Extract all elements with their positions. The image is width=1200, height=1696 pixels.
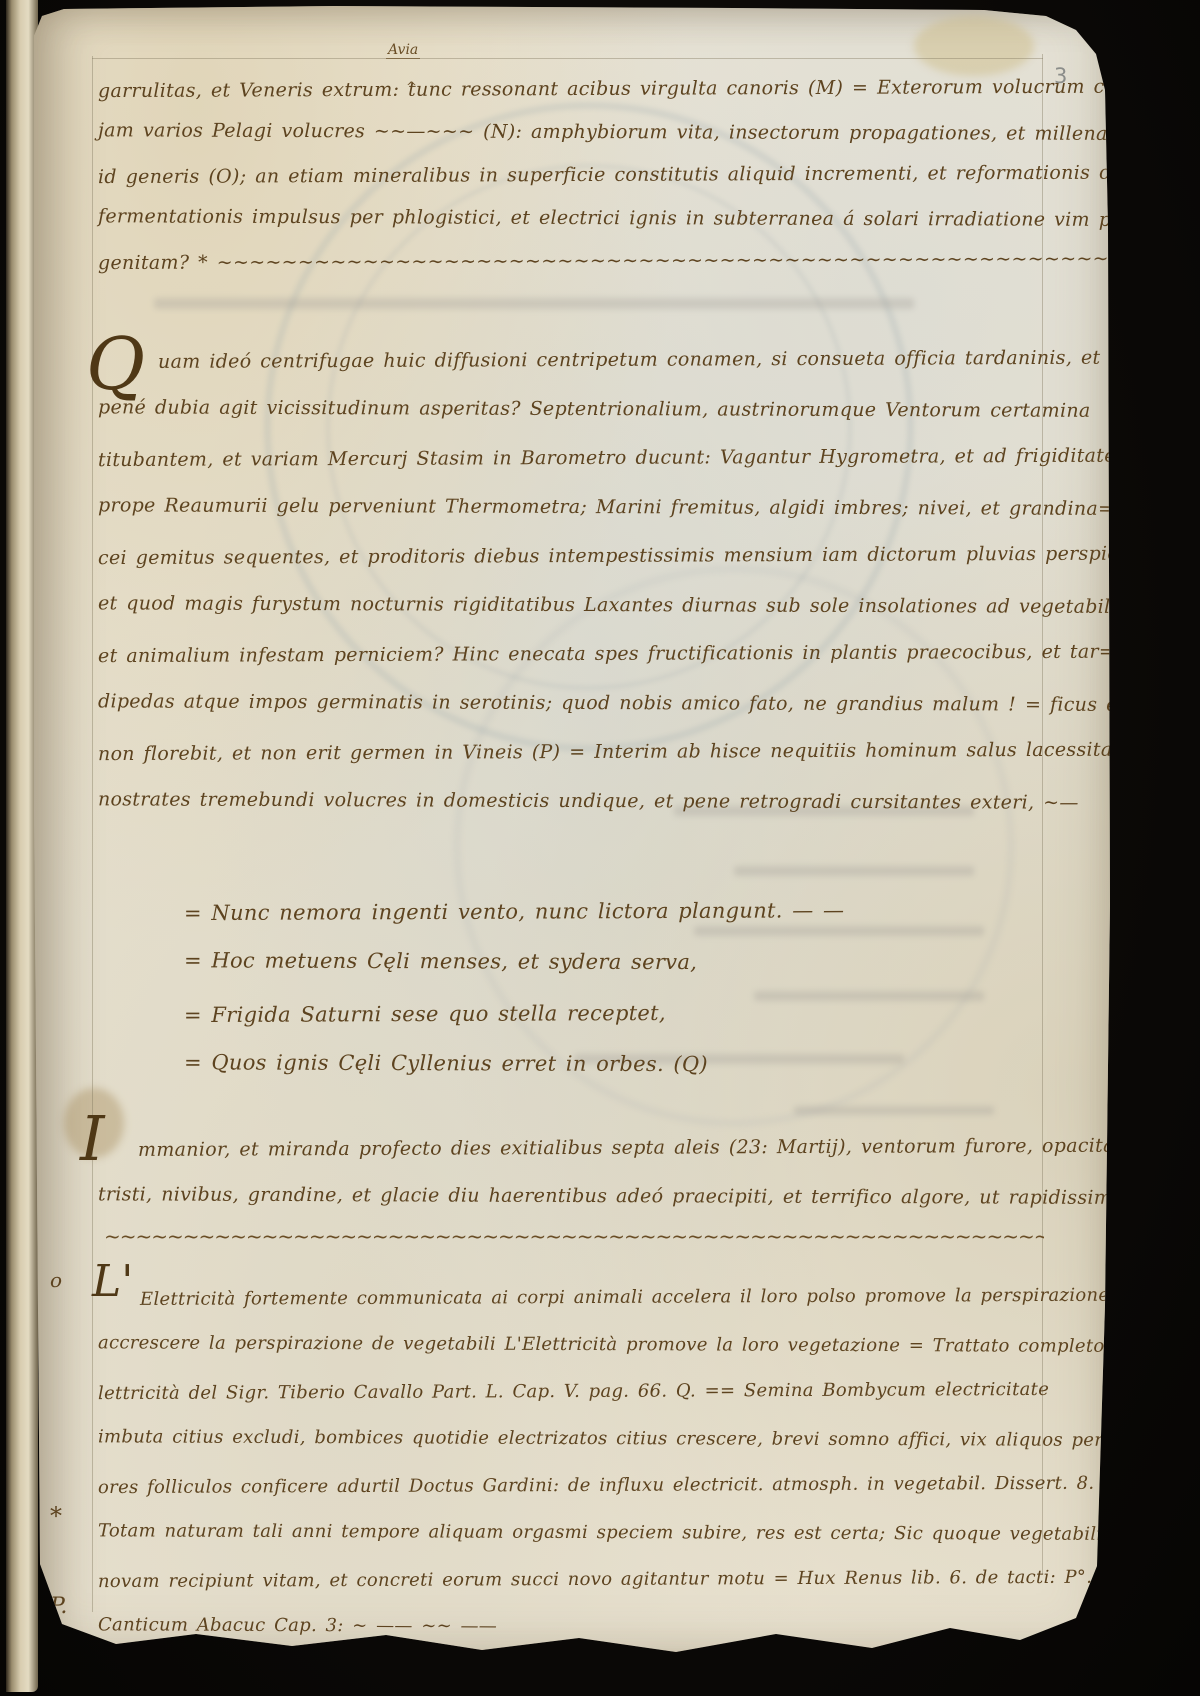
- manuscript-line: = Quos ignis Cęli Cyllenius erret in orb…: [184, 1037, 1139, 1091]
- paragraph-2: uam ideó centrifugae huic diffusioni cen…: [98, 336, 1053, 826]
- drop-initial-q: Q: [86, 322, 145, 406]
- interlinear-note: Avia: [386, 42, 420, 59]
- manuscript-line: Canticum Abacuc Cap. 3: ~ —— ~~ ——: [98, 1601, 1053, 1651]
- manuscript-line: = Frigida Saturni sese quo stella recept…: [184, 986, 1139, 1041]
- paragraph-4: Elettricità fortemente communicata ai co…: [98, 1274, 1053, 1650]
- drop-initial-l: L': [92, 1256, 133, 1307]
- manuscript-line: et quod magis furystum nocturnis rigidit…: [98, 579, 1053, 631]
- showthrough-mark: [734, 866, 974, 876]
- manuscript-line: lettricità del Sigr. Tiberio Cavallo Par…: [98, 1366, 1053, 1417]
- paragraph-1: garrulitas, et Veneris extrum: tunc ress…: [98, 68, 1053, 283]
- manuscript-line: id generis (O); an etiam mineralibus in …: [98, 152, 1053, 199]
- manuscript-line: genitam? * ~~~~~~~~~~~~~~~~~~~~~~~~~~~~~…: [98, 238, 1053, 285]
- squiggle-divider: ~~~~~~~~~~~~~~~~~~~~~~~~~~~~~~~~~~~~~~~~…: [104, 1224, 1044, 1248]
- manuscript-line: Totam naturam tali anni tempore aliquam …: [98, 1507, 1053, 1557]
- manuscript-line: cei gemitus sequentes, et proditoris die…: [98, 530, 1053, 583]
- manuscript-line: dipedas atque impos germinatis in seroti…: [98, 677, 1053, 729]
- manuscript-line: = Nunc nemora ingenti vento, nunc lictor…: [184, 884, 1139, 939]
- manuscript-line: prope Reaumurii gelu perveniunt Thermome…: [98, 481, 1053, 533]
- drop-initial-i: I: [80, 1102, 105, 1175]
- margin-rule-left: [92, 56, 93, 1612]
- manuscript-line: nostrates tremebundi volucres in domesti…: [98, 775, 1053, 827]
- manuscript-line: titubantem, et variam Mercurj Stasim in …: [98, 432, 1053, 485]
- manuscript-line: uam ideó centrifugae huic diffusioni cen…: [98, 334, 1053, 387]
- manuscript-line: non florebit, et non erit germen in Vine…: [98, 726, 1053, 779]
- manuscript-line: jam varios Pelagi volucres ~~—~~~ (N): a…: [98, 109, 1053, 155]
- margin-mark-p: P.: [50, 1594, 67, 1619]
- manuscript-line: mmanior, et miranda profecto dies exitia…: [98, 1122, 1053, 1174]
- margin-mark-o: o: [50, 1268, 62, 1292]
- manuscript-line: garrulitas, et Veneris extrum: tunc ress…: [98, 66, 1053, 113]
- manuscript-line: ores folliculos conficere adurtil Doctus…: [98, 1460, 1053, 1511]
- showthrough-mark: [154, 298, 914, 309]
- manuscript-line: et animalium infestam perniciem? Hinc en…: [98, 628, 1053, 681]
- manuscript-line: Elettricità fortemente communicata ai co…: [98, 1272, 1053, 1323]
- verse-quatrain: = Nunc nemora ingenti vento, nunc lictor…: [184, 886, 1139, 1090]
- manuscript-line: pené dubia agit vicissitudinum asperitas…: [98, 383, 1053, 435]
- manuscript-line: novam recipiunt vitam, et concreti eorum…: [98, 1554, 1053, 1605]
- manuscript-line: accrescere la perspirazione de vegetabil…: [98, 1319, 1053, 1369]
- margin-mark-asterisk: *: [50, 1502, 62, 1530]
- margin-rule-top: [92, 58, 1043, 59]
- showthrough-mark: [794, 1106, 994, 1115]
- manuscript-page: 3 Avia ^ garrulitas, et Veneris extrum: …: [34, 6, 1110, 1668]
- manuscript-line: imbuta citius excludi, bombices quotidie…: [98, 1413, 1053, 1463]
- manuscript-line: = Hoc metuens Cęli menses, et sydera ser…: [184, 935, 1139, 989]
- manuscript-line: tristi, nivibus, grandine, et glacie diu…: [98, 1170, 1053, 1221]
- manuscript-line: fermentationis impulsus per phlogistici,…: [98, 195, 1053, 241]
- paragraph-3: mmanior, et miranda profecto dies exitia…: [98, 1124, 1053, 1220]
- book-gutter-edge: [6, 0, 38, 1692]
